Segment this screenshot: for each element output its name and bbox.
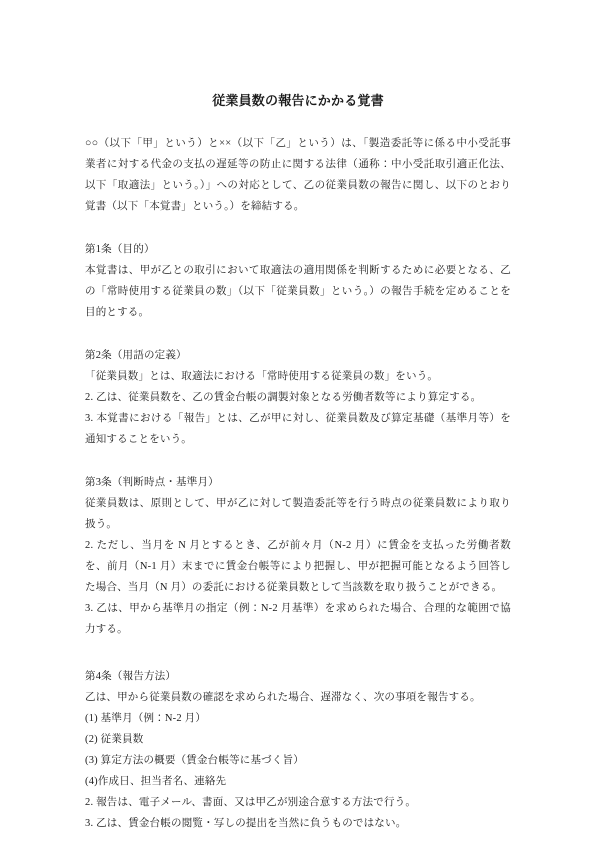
article-2-paragraph: 3. 本覚書における「報告」とは、乙が甲に対し、従業員数及び算定基礎（基準月等）… <box>85 408 511 450</box>
article-4: 第4条（報告方法） 乙は、甲から従業員数の確認を求められた場合、遅滞なく、次の事… <box>85 666 511 834</box>
article-4-paragraph: 2. 報告は、電子メール、書面、又は甲乙が別途合意する方法で行う。 <box>85 792 511 813</box>
article-1-heading: 第1条（目的） <box>85 239 511 260</box>
article-2-heading: 第2条（用語の定義） <box>85 345 511 366</box>
article-4-paragraph: 乙は、甲から従業員数の確認を求められた場合、遅滞なく、次の事項を報告する。 <box>85 687 511 708</box>
article-4-heading: 第4条（報告方法） <box>85 666 511 687</box>
article-2: 第2条（用語の定義） 「従業員数」とは、取適法における「常時使用する従業員の数」… <box>85 345 511 450</box>
article-3-paragraph: 2. ただし、当月を N 月とするとき、乙が前々月（N-2 月）に賃金を支払った… <box>85 535 511 598</box>
article-4-paragraph: 3. 乙は、賃金台帳の閲覧・写しの提出を当然に負うものではない。 <box>85 813 511 834</box>
article-3-heading: 第3条（判断時点・基準月） <box>85 472 511 493</box>
article-1: 第1条（目的） 本覚書は、甲が乙との取引において取適法の適用関係を判断するために… <box>85 239 511 323</box>
article-2-paragraph: 「従業員数」とは、取適法における「常時使用する従業員の数」をいう。 <box>85 366 511 387</box>
article-4-list-item: (4)作成日、担当者名、連絡先 <box>85 771 511 792</box>
preamble-paragraph: ○○（以下「甲」という）と××（以下「乙」という）は、「製造委託等に係る中小受託… <box>85 133 511 217</box>
article-4-list-item: (1) 基準月（例：N-2 月） <box>85 708 511 729</box>
article-3-paragraph: 3. 乙は、甲から基準月の指定（例：N-2 月基準）を求められた場合、合理的な範… <box>85 598 511 640</box>
article-3: 第3条（判断時点・基準月） 従業員数は、原則として、甲が乙に対して製造委託等を行… <box>85 472 511 640</box>
page-title: 従業員数の報告にかかる覚書 <box>85 90 511 111</box>
article-2-paragraph: 2. 乙は、従業員数を、乙の賃金台帳の調製対象となる労働者数等により算定する。 <box>85 387 511 408</box>
article-4-list-item: (2) 従業員数 <box>85 729 511 750</box>
article-1-paragraph: 本覚書は、甲が乙との取引において取適法の適用関係を判断するために必要となる、乙の… <box>85 260 511 323</box>
document-page: 従業員数の報告にかかる覚書 ○○（以下「甲」という）と××（以下「乙」という）は… <box>0 0 595 841</box>
article-3-paragraph: 従業員数は、原則として、甲が乙に対して製造委託等を行う時点の従業員数により取り扱… <box>85 493 511 535</box>
article-4-list-item: (3) 算定方法の概要（賃金台帳等に基づく旨） <box>85 750 511 771</box>
